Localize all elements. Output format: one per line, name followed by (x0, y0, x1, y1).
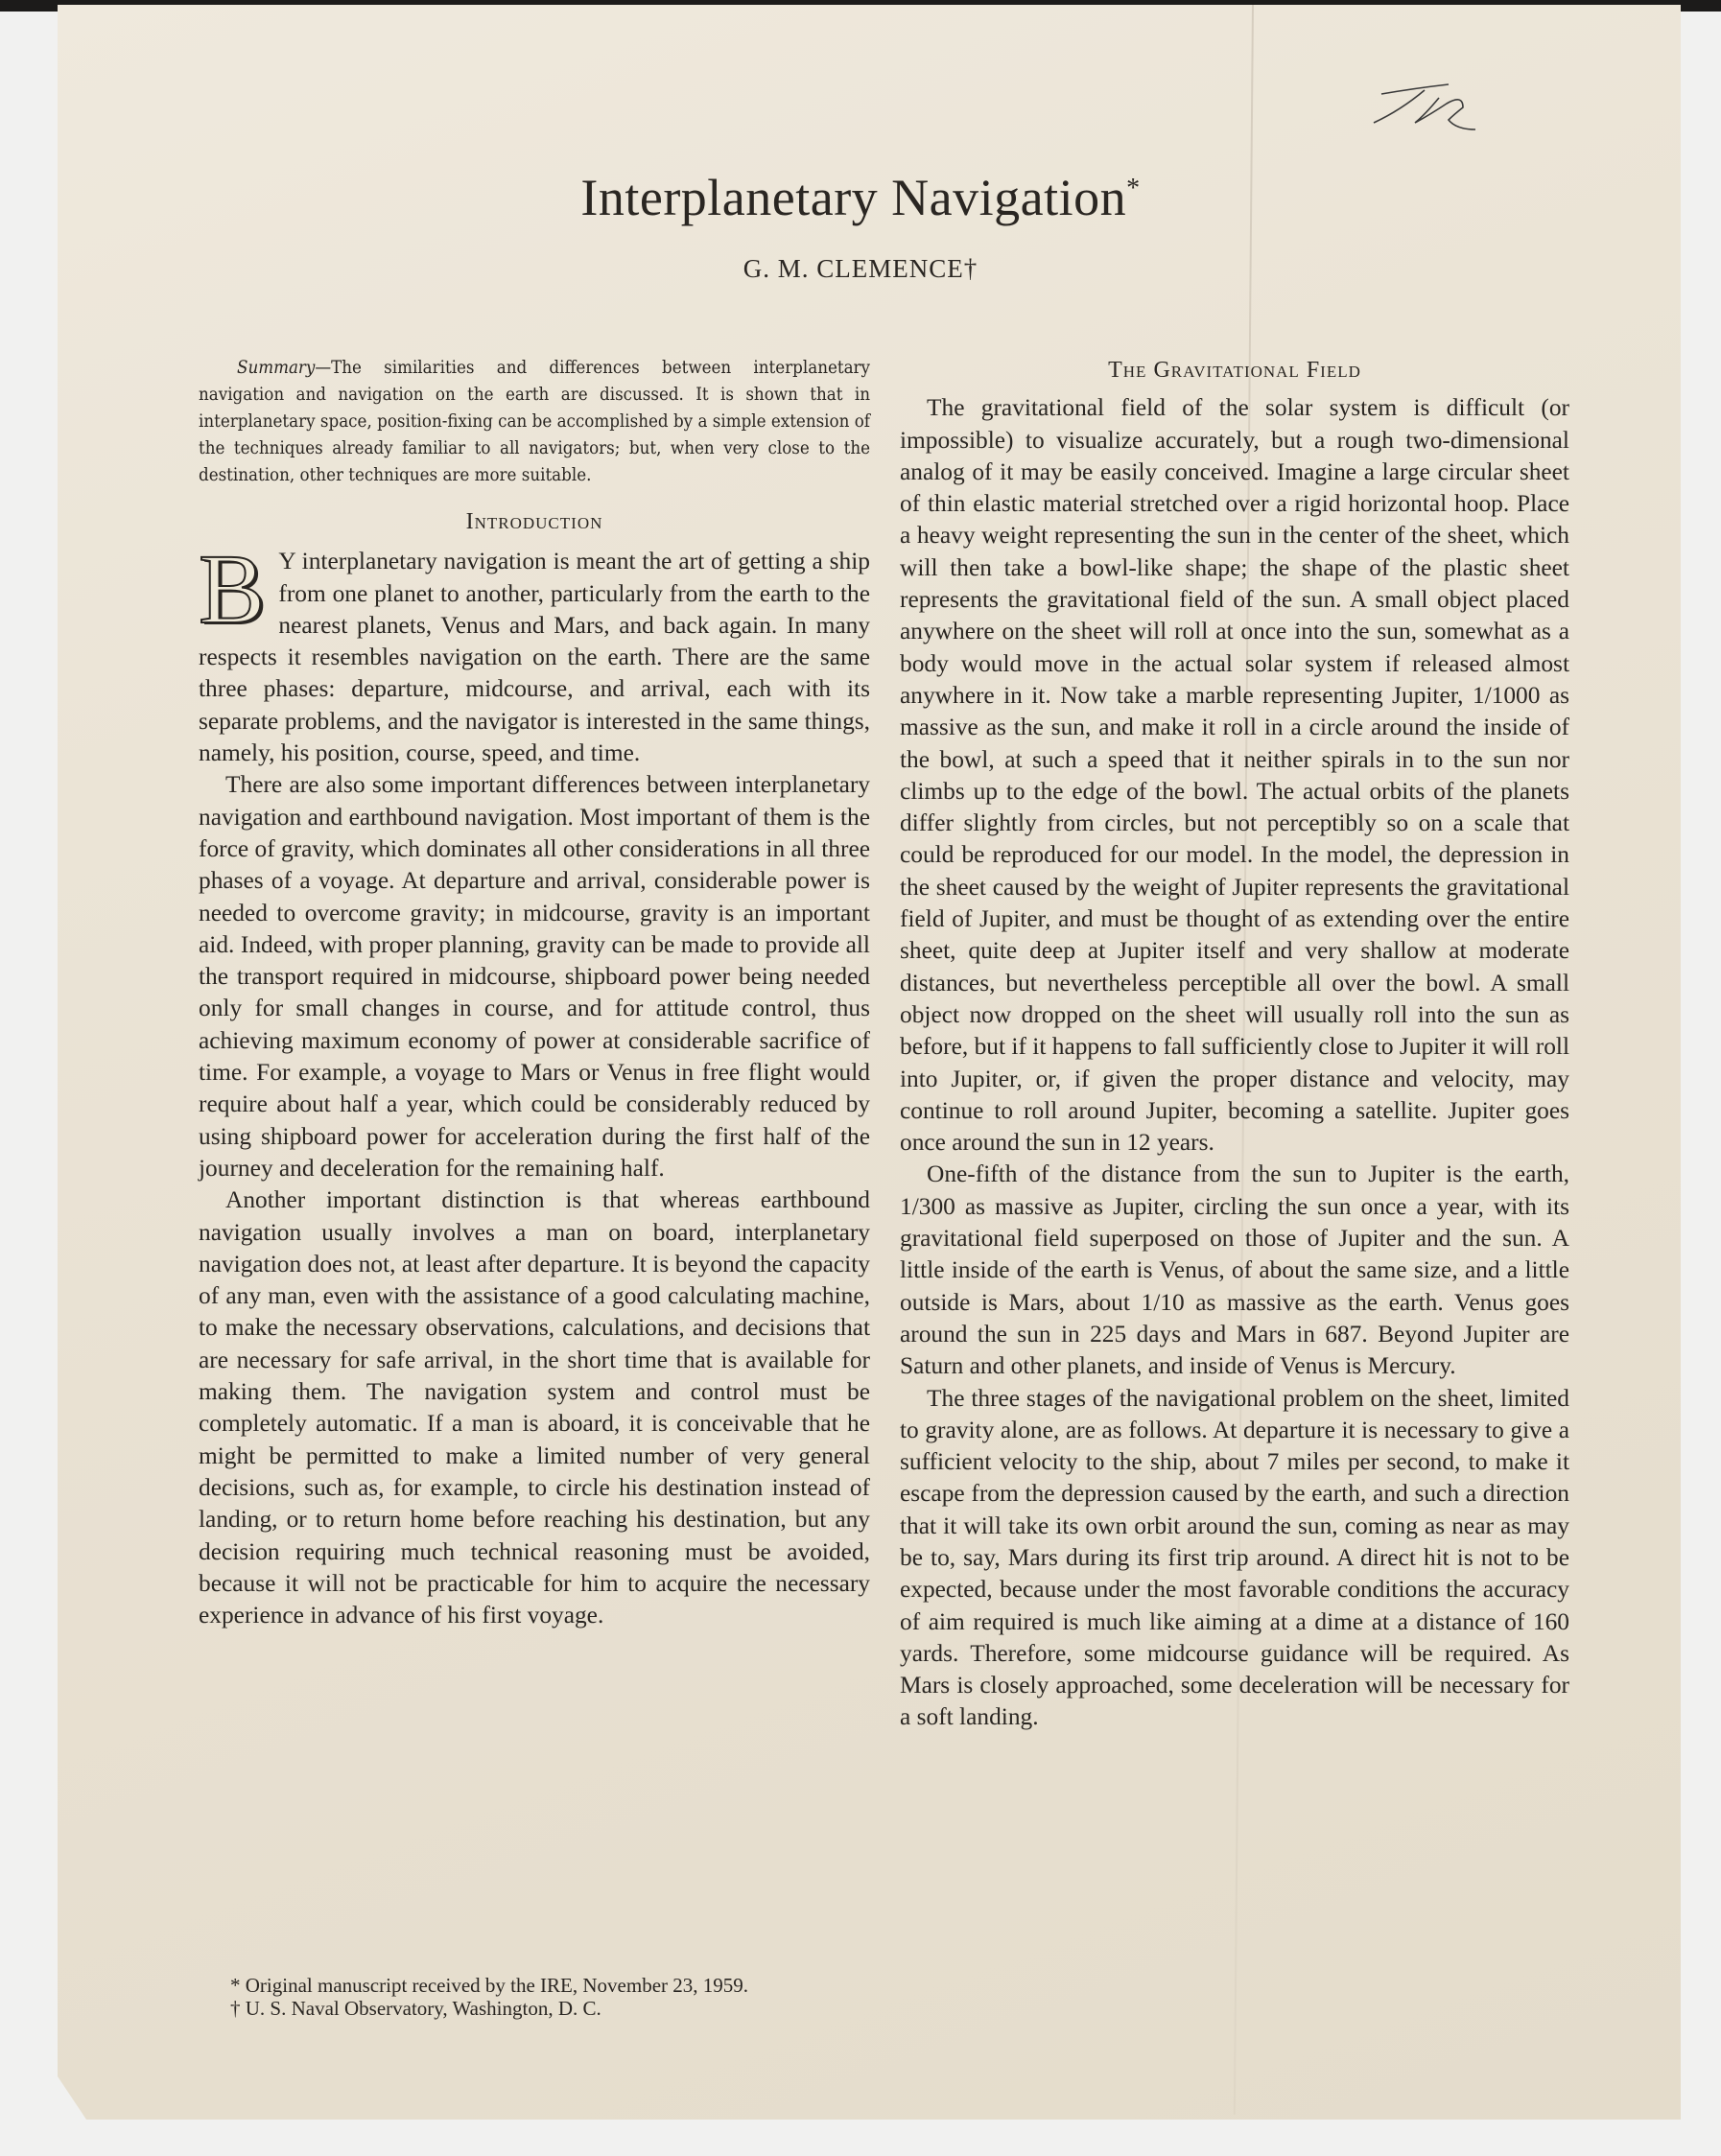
handwritten-initials-icon (1372, 77, 1497, 134)
section-heading-gravitational-field: The Gravitational Field (900, 355, 1569, 387)
paragraph: The gravitational field of the solar sys… (900, 392, 1569, 1159)
paragraph: One-fifth of the distance from the sun t… (900, 1159, 1569, 1382)
title-footnote-mark: * (1126, 174, 1141, 203)
author-name: G. M. CLEMENCE (743, 254, 964, 283)
dropcap-letter: B (199, 551, 265, 628)
author-line: G. M. CLEMENCE† (0, 254, 1721, 284)
paragraph: There are also some important difference… (199, 769, 870, 1184)
abstract: Summary—The similarities and differences… (199, 355, 870, 489)
article-title: Interplanetary Navigation* (0, 168, 1721, 227)
author-footnote-mark: † (964, 254, 978, 283)
abstract-label: Summary (237, 358, 315, 378)
paragraph-text: Y interplanetary navigation is meant the… (199, 548, 870, 766)
left-column: Summary—The similarities and differences… (199, 355, 870, 1631)
footnotes: * Original manuscript received by the IR… (230, 1974, 883, 2020)
paragraph: The three stages of the navigational pro… (900, 1383, 1569, 1734)
paragraph: Another important distinction is that wh… (199, 1184, 870, 1631)
footnote-affiliation: † U. S. Naval Observatory, Washington, D… (230, 1997, 883, 2020)
footnote-received: * Original manuscript received by the IR… (230, 1974, 883, 1997)
right-column: The Gravitational Field The gravitationa… (900, 355, 1569, 1734)
section-heading-introduction: Introduction (199, 506, 870, 538)
title-text: Interplanetary Navigation (580, 169, 1126, 226)
paragraph: BY interplanetary navigation is meant th… (199, 546, 870, 769)
